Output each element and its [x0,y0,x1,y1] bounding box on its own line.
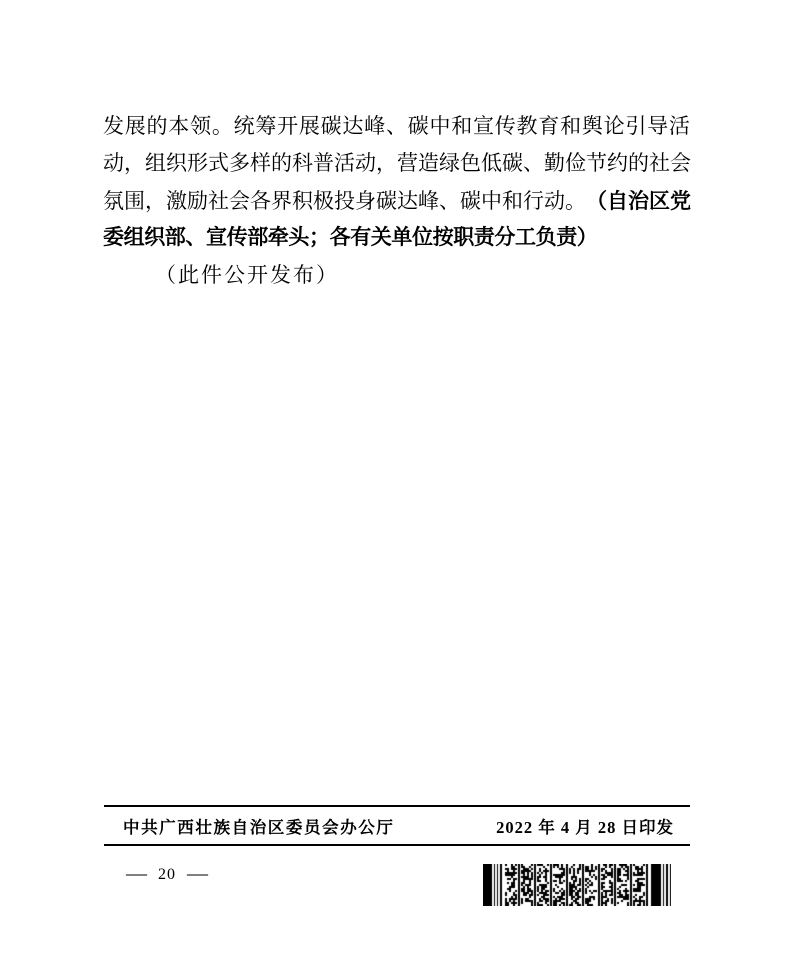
body-line: 动，组织形式多样的科普活动，营造绿色低碳、勤俭节约的社会 [103,144,690,182]
publication-note: （此件公开发布） [155,257,339,295]
paragraph-carbon-publicity: 发展的本领。统筹开展碳达峰、碳中和宣传教育和舆论引导活动，组织形式多样的科普活动… [103,106,690,256]
colophon-rule-bottom [104,844,690,846]
page-number-dash-left: — [126,863,147,884]
page-number: — 20 — [126,863,208,887]
page-number-dash-right: — [187,863,208,884]
document-page: 发展的本领。统筹开展碳达峰、碳中和宣传教育和舆论引导活动，组织形式多样的科普活动… [0,0,794,971]
issuing-office: 中共广西壮族自治区委员会办公厅 [123,814,395,838]
colophon-row: 中共广西壮族自治区委员会办公厅 2022 年 4 月 28 日印发 [104,807,690,844]
barcode [483,864,671,906]
body-line: 发展的本领。统筹开展碳达峰、碳中和宣传教育和舆论引导活 [103,106,690,144]
body-line: 氛围，激励社会各界积极投身碳达峰、碳中和行动。（自治区党 [103,181,690,219]
print-date: 2022 年 4 月 28 日印发 [496,814,674,838]
body-line: 委组织部、宣传部牵头；各有关单位按职责分工负责） [103,219,690,257]
page-number-value: 20 [158,866,176,884]
